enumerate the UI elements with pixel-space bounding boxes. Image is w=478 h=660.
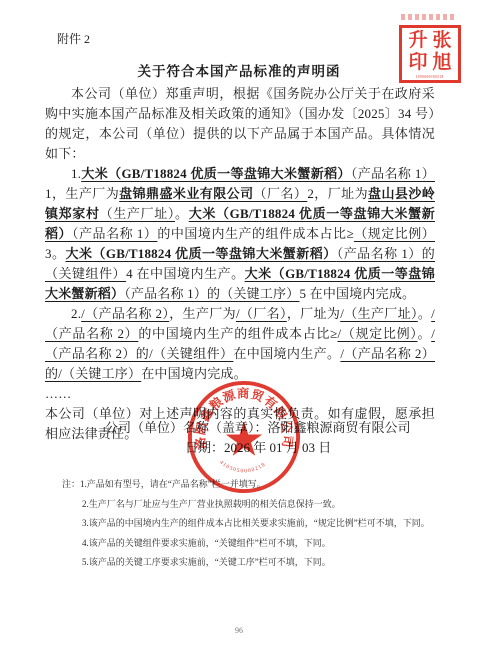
- text-segment: 1.: [71, 166, 81, 181]
- attachment-label: 附件 2: [57, 30, 90, 47]
- paragraph: 2./（产品名称 2），生产厂为/（厂名），厂址为/（生产厂址）。/（产品名称 …: [45, 304, 435, 384]
- svg-text:4103050000218: 4103050000218: [218, 460, 267, 475]
- text-segment: 。: [418, 306, 431, 321]
- text-segment: ，生产厂为: [169, 306, 236, 321]
- page-number: 96: [0, 626, 478, 635]
- text-segment: 1，生产厂为: [45, 186, 119, 201]
- personal-seal-stamp: 升张印旭 1090000000318: [399, 25, 461, 83]
- seal-char: 旭: [430, 52, 454, 74]
- footnote: 3.该产品的中国境内生产的组件成本占比相关要求实施前，“规定比例”栏可不填，下同…: [82, 517, 442, 530]
- footnote: 注：1.产品如有型号，请在“产品名称”栏一并填写。: [62, 478, 442, 491]
- signature-block: 公司（单位）名称（盖章）：洛阳鑫粮源商贸有限公司 日期：2026 年 01 月 …: [0, 418, 478, 458]
- text-segment: ……: [45, 386, 71, 401]
- stamp-edge-artifact: [401, 14, 457, 20]
- date-line: 日期：2026 年 01 月 03 日: [0, 438, 478, 458]
- paragraph: 1.大米（GB/T18824 优质一等盘锦大米蟹新稻）（产品名称 1）1，生产厂…: [45, 164, 435, 304]
- text-segment: 5 在中国境内完成。: [299, 286, 415, 301]
- footnotes: 注：1.产品如有型号，请在“产品名称”栏一并填写。2.生产厂名与厂址应与生产厂营…: [62, 478, 442, 576]
- footnote: 2.生产厂名与厂址应与生产厂营业执照载明的相关信息保持一致。: [82, 498, 442, 511]
- seal-security-code: 1090000000318: [416, 74, 444, 79]
- text-segment: 2，厂址为: [307, 186, 368, 201]
- seal-char: 张: [430, 30, 454, 52]
- paragraph: 本公司（单位）郑重声明，根据《国务院办公厅关于在政府采购中实施本国产品标准及相关…: [45, 84, 435, 164]
- text-segment: （产品名称 1）的（关键工序）: [124, 286, 299, 301]
- text-segment: （规定比例）: [354, 226, 435, 241]
- text-segment: 本公司（单位）郑重声明，根据《国务院办公厅关于在政府采购中实施本国产品标准及相关…: [45, 86, 435, 161]
- text-segment: （产品名称 1）: [351, 166, 435, 181]
- company-name-line: 公司（单位）名称（盖章）：洛阳鑫粮源商贸有限公司: [0, 418, 478, 438]
- text-segment: /（规定比例）: [337, 326, 417, 341]
- text-segment: 大米（GB/T18824 优质一等盘锦大米蟹新稻）: [65, 246, 336, 261]
- text-segment: 大米（GB/T18824 优质一等盘锦大米蟹新稻）: [81, 166, 351, 181]
- text-segment: /（生产厂址）: [340, 306, 418, 321]
- text-segment: 在中国境内完成。: [141, 366, 247, 381]
- text-segment: （生产厂址）: [100, 206, 175, 221]
- seal-char: 印: [406, 52, 430, 74]
- footnote: 5.该产品的关键工序要求实施前，“关键工序”栏可不填，下同。: [82, 556, 442, 569]
- text-segment: 。: [417, 326, 431, 341]
- text-segment: 。: [175, 206, 189, 221]
- seal-char: 升: [406, 30, 430, 52]
- text-segment: 的中国境内生产的组件成本占比≥: [138, 326, 337, 341]
- text-segment: 4 在中国境内生产。: [126, 266, 245, 281]
- footnote: 4.该产品的关键组件要求实施前，“关键组件”栏可不填，下同。: [82, 537, 442, 550]
- document-body: 本公司（单位）郑重声明，根据《国务院办公厅关于在政府采购中实施本国产品标准及相关…: [45, 84, 435, 444]
- text-segment: 3。: [45, 246, 65, 261]
- text-segment: 2.: [71, 306, 81, 321]
- text-segment: 盘锦鼎盛米业有限公司: [119, 186, 253, 201]
- text-segment: /（厂名）: [236, 306, 287, 321]
- text-segment: ，厂址为: [287, 306, 340, 321]
- text-segment: （厂名）: [254, 186, 308, 201]
- text-segment: （产品名称 1）: [72, 226, 157, 241]
- seal-number-code: 4103050000218: [218, 460, 267, 475]
- seal-characters: 升张印旭: [406, 30, 454, 74]
- text-segment: /（产品名称 2）: [81, 306, 169, 321]
- document-page: 附件 2 关于符合本国产品标准的声明函 升张印旭 1090000000318 本…: [0, 0, 478, 660]
- text-segment: 的中国境内生产的组件成本占比≥: [157, 226, 354, 241]
- paragraph: ……: [45, 384, 435, 404]
- text-segment: 在中国境内生产。: [233, 346, 340, 361]
